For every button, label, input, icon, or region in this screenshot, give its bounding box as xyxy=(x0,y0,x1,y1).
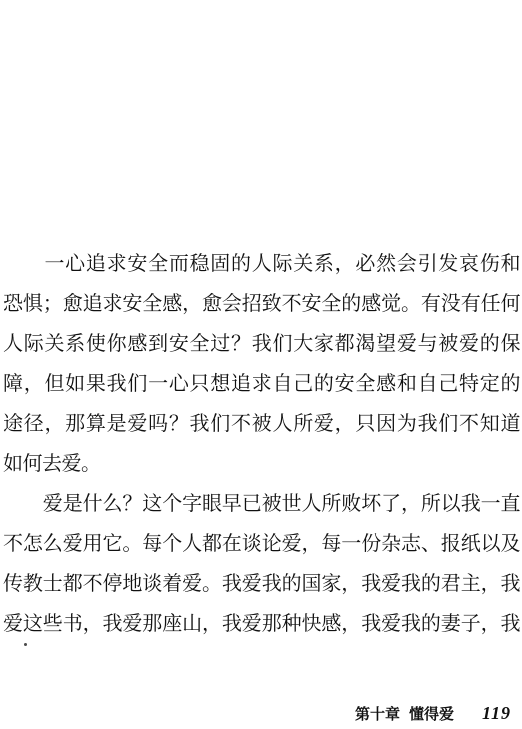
text-line: 爱是什么？这个字眼早已被世人所败坏了，所以我一直 xyxy=(3,484,520,524)
footer-page-number: 119 xyxy=(482,703,511,724)
page-footer: 第十章 懂得爱 119 xyxy=(355,703,511,724)
body-text-block: 一心追求安全而稳固的人际关系，必然会引发哀伤和恐惧；愈追求安全感，愈会招致不安全… xyxy=(3,244,520,644)
footer-chapter-label: 第十章 xyxy=(355,703,400,724)
text-line: 传教士都不停地谈着爱。我爱我的国家，我爱我的君主，我 xyxy=(3,564,520,604)
text-line: 人际关系使你感到安全过？我们大家都渴望爱与被爱的保 xyxy=(3,324,520,364)
book-page: 一心追求安全而稳固的人际关系，必然会引发哀伤和恐惧；愈追求安全感，愈会招致不安全… xyxy=(0,0,522,729)
footer-section-title: 懂得爱 xyxy=(409,703,454,724)
text-line: 障，但如果我们一心只想追求自己的安全感和自己特定的 xyxy=(3,364,520,404)
text-line: 恐惧；愈追求安全感，愈会招致不安全的感觉。有没有任何 xyxy=(3,284,520,324)
text-line: 爱这些书，我爱那座山，我爱那种快感，我爱我的妻子，我 xyxy=(3,604,520,644)
text-line: 如何去爱。 xyxy=(3,444,520,484)
scan-speck xyxy=(24,643,27,646)
text-line: 不怎么爱用它。每个人都在谈论爱，每一份杂志、报纸以及 xyxy=(3,524,520,564)
text-line: 一心追求安全而稳固的人际关系，必然会引发哀伤和 xyxy=(3,244,520,284)
text-line: 途径，那算是爱吗？我们不被人所爱，只因为我们不知道 xyxy=(3,404,520,444)
